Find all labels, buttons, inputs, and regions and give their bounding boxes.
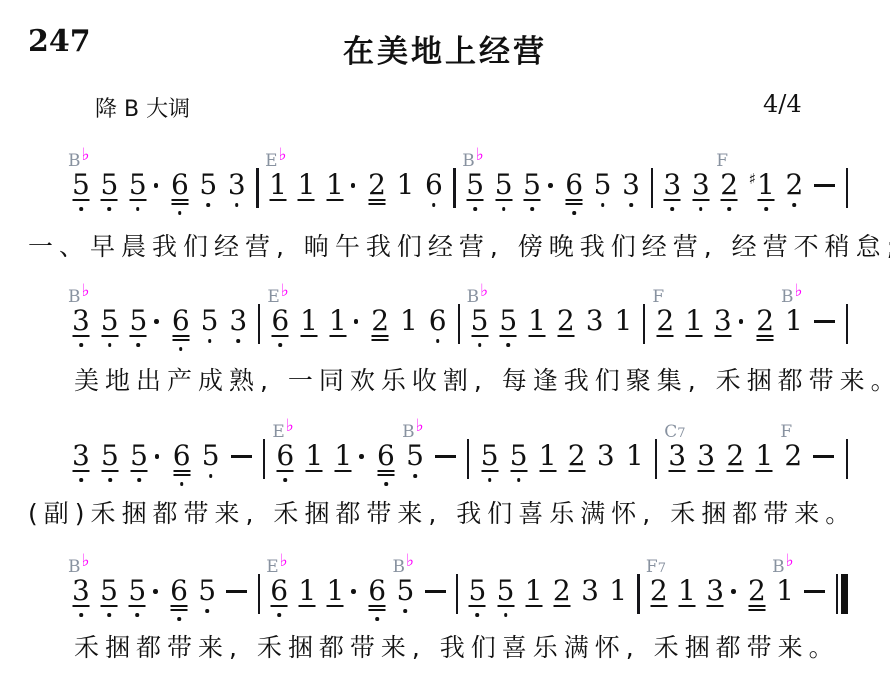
duration-underline xyxy=(130,335,147,337)
note-digit: 5 xyxy=(129,172,147,198)
note-5: B♭5 xyxy=(396,578,414,604)
time-signature: 4/4 xyxy=(763,90,802,118)
note-digit: 5 xyxy=(198,578,216,604)
note-digit: 3 xyxy=(668,443,686,469)
low-octave-dot xyxy=(476,613,480,617)
flat-icon: ♭ xyxy=(795,281,803,301)
note-digit-column: 1 xyxy=(528,308,546,334)
flat-icon: ♭ xyxy=(280,551,288,571)
note-digit: 6 xyxy=(377,443,395,469)
note-digit: 3 xyxy=(228,172,246,198)
note-digit-column: 1 xyxy=(685,308,703,334)
note-digit: 1 xyxy=(776,578,794,604)
hymn-sheet-page: 247 在美地上经营 降 B 大调 4/4 B♭555653E♭111216B♭… xyxy=(0,0,890,694)
note-digit-column: 1 xyxy=(326,172,344,198)
note-digit: 1 xyxy=(305,443,323,469)
duration-underline xyxy=(277,470,294,472)
note-digit-column: 6 xyxy=(270,578,288,604)
note-digit-column: 2 xyxy=(785,172,803,198)
chord-symbol: B♭ xyxy=(462,149,484,169)
note-5: 5 xyxy=(510,443,528,469)
note-6: E♭6 xyxy=(270,578,288,604)
note-digit-column: 2 xyxy=(756,308,774,334)
duration-underline xyxy=(72,199,89,201)
note-digit: 1 xyxy=(528,308,546,334)
note-digit: 6 xyxy=(368,578,386,604)
augmentation-dot xyxy=(548,183,553,188)
note-digit-column: 1 xyxy=(300,308,318,334)
flat-icon: ♭ xyxy=(786,551,794,571)
low-octave-dot xyxy=(517,478,521,482)
note-digit: 3 xyxy=(72,443,90,469)
note-digit: 3 xyxy=(622,172,640,198)
duration-underline xyxy=(481,470,498,472)
chord-symbol: B♭ xyxy=(68,285,90,305)
note-digit: 2 xyxy=(368,172,386,198)
note-digit: 3 xyxy=(663,172,681,198)
note-digit: 5 xyxy=(510,443,528,469)
duration-underline xyxy=(272,335,289,337)
note-digit-column: 5 xyxy=(100,172,118,198)
note-1: 1 xyxy=(539,443,557,469)
note-5: 5 xyxy=(130,308,161,334)
note-digit: 1 xyxy=(755,443,773,469)
note-5: 5 xyxy=(202,443,220,469)
note-digit: 5 xyxy=(406,443,424,469)
barline xyxy=(846,439,848,479)
note-5: 5 xyxy=(101,308,119,334)
music-line-3: 35565E♭6116B♭5551231C73321F2 xyxy=(72,443,848,473)
note-digit: 6 xyxy=(271,308,289,334)
low-octave-dot xyxy=(79,343,83,347)
note-5: B♭5 xyxy=(406,443,424,469)
note-6: E♭6 xyxy=(271,308,289,334)
note-digit-column: 5 xyxy=(406,443,424,469)
note-2: 2 xyxy=(756,308,774,334)
note-digit-column: 5 xyxy=(130,308,148,334)
duration-underline xyxy=(173,470,190,472)
chord-symbol: B♭ xyxy=(772,555,794,575)
note-3: 3 xyxy=(228,172,246,198)
low-octave-dot xyxy=(404,609,408,613)
note-digit: 1 xyxy=(678,578,696,604)
note-digit: 1 xyxy=(300,308,318,334)
note-1: 1 xyxy=(334,443,365,469)
note-digit: 1 xyxy=(685,308,703,334)
note-1: B♭1 xyxy=(785,308,803,334)
duration-dash xyxy=(425,590,446,593)
note-digit: 5 xyxy=(130,443,148,469)
duration-underline xyxy=(471,335,488,337)
note-3: 3 xyxy=(586,308,604,334)
note-digit-column: 5 xyxy=(100,578,118,604)
note-digit: 1 xyxy=(397,172,415,198)
note-digit: 1 xyxy=(326,172,344,198)
barline xyxy=(258,304,260,344)
note-digit-column: 1 xyxy=(298,578,316,604)
chord-symbol: B♭ xyxy=(68,555,90,575)
note-3: 3 xyxy=(229,308,247,334)
augmentation-dot xyxy=(351,183,356,188)
music-line-1: B♭555653E♭111216B♭55565333F2♯12 xyxy=(72,172,848,202)
note-digit-column: 6 xyxy=(276,443,294,469)
note-digit: 5 xyxy=(130,308,148,334)
note-5: 5 xyxy=(128,578,159,604)
low-octave-dot xyxy=(488,478,492,482)
note-digit-column: 1 xyxy=(269,172,287,198)
note-digit-column: 3 xyxy=(622,172,640,198)
note-2: 2 xyxy=(371,308,389,334)
note-digit: 2 xyxy=(371,308,389,334)
duration-underline xyxy=(557,335,574,337)
note-digit-column: 2 xyxy=(568,443,586,469)
augmentation-dot xyxy=(154,319,159,324)
chord-symbol: F xyxy=(652,285,664,305)
lyrics-line-1: 一、早晨我们经营, 晌午我们经营, 傍晚我们经营, 经营不稍怠; xyxy=(28,227,890,263)
note-digit: 6 xyxy=(171,172,189,198)
note-digit-column: 1 xyxy=(334,443,352,469)
note-digit-column: 3 xyxy=(581,578,599,604)
duration-underline xyxy=(173,474,190,476)
duration-dash xyxy=(231,455,252,458)
note-digit-column: 5 xyxy=(199,172,217,198)
note-digit: 1 xyxy=(609,578,627,604)
note-digit-column: 5 xyxy=(101,443,119,469)
note-digit-column: 5 xyxy=(396,578,414,604)
low-octave-dot xyxy=(432,203,436,207)
low-octave-dot xyxy=(177,617,181,621)
low-octave-dot xyxy=(764,207,768,211)
note-3: 3 xyxy=(597,443,615,469)
note-3: 3 xyxy=(714,308,745,334)
note-digit: 5 xyxy=(128,578,146,604)
note-digit-column: 1 xyxy=(298,172,316,198)
chord-symbol: B♭ xyxy=(392,555,414,575)
duration-dash xyxy=(804,590,825,593)
duration-underline xyxy=(101,605,118,607)
note-digit: 3 xyxy=(692,172,710,198)
low-octave-dot xyxy=(384,482,388,486)
sharp-icon: ♯ xyxy=(749,172,756,187)
note-digit: 1 xyxy=(329,308,347,334)
duration-underline xyxy=(368,203,385,205)
note-digit: 1 xyxy=(614,308,632,334)
note-digit: 2 xyxy=(650,578,668,604)
note-2: 2 xyxy=(368,172,386,198)
note-6: 6 xyxy=(425,172,443,198)
barline xyxy=(846,168,848,208)
duration-underline xyxy=(129,605,146,607)
note-digit-column: 5 xyxy=(594,172,612,198)
duration-underline xyxy=(270,199,287,201)
low-octave-dot xyxy=(277,613,281,617)
low-octave-dot xyxy=(507,343,511,347)
low-octave-dot xyxy=(504,613,508,617)
augmentation-dot xyxy=(351,589,356,594)
music-line-2: B♭355653E♭611216B♭551231F2132B♭1 xyxy=(72,308,848,338)
note-5: 5 xyxy=(523,172,554,198)
note-digit-column: 6 xyxy=(429,308,447,334)
duration-underline xyxy=(129,199,146,201)
note-5: B♭5 xyxy=(72,172,90,198)
duration-underline xyxy=(539,470,556,472)
note-digit-column: 3 xyxy=(697,443,715,469)
chord-symbol: E♭ xyxy=(266,555,287,575)
chord-symbol: E♭ xyxy=(272,420,293,440)
duration-underline xyxy=(727,470,744,472)
note-digit: 3 xyxy=(597,443,615,469)
note-digit-column: 3 xyxy=(72,578,90,604)
note-digit-column: 5 xyxy=(497,578,515,604)
note-digit-column: 1 xyxy=(755,443,773,469)
note-6: 6 xyxy=(377,443,395,469)
low-octave-dot xyxy=(793,203,797,207)
note-5: B♭5 xyxy=(466,172,484,198)
note-1: 1 xyxy=(327,578,358,604)
note-digit-column: 6 xyxy=(170,578,188,604)
note-digit-column: 5 xyxy=(130,443,148,469)
low-octave-dot xyxy=(478,343,482,347)
note-5: 5 xyxy=(495,172,513,198)
note-digit: 5 xyxy=(202,443,220,469)
duration-underline xyxy=(657,335,674,337)
note-digit: 5 xyxy=(100,172,118,198)
note-2: 2 xyxy=(553,578,571,604)
low-octave-dot xyxy=(237,339,241,343)
note-digit: 1 xyxy=(298,172,316,198)
note-1: 1 xyxy=(400,308,418,334)
note-digit: 5 xyxy=(72,172,90,198)
note-1: 1 xyxy=(305,443,323,469)
note-5: 5 xyxy=(100,172,118,198)
note-digit-column: 6 xyxy=(271,308,289,334)
note-digit: 5 xyxy=(497,578,515,604)
duration-underline xyxy=(469,605,486,607)
low-octave-dot xyxy=(375,617,379,621)
note-5: 5 xyxy=(130,443,161,469)
note-digit: 5 xyxy=(101,443,119,469)
low-octave-dot xyxy=(137,478,141,482)
note-digit: 1 xyxy=(539,443,557,469)
duration-underline xyxy=(372,339,389,341)
duration-underline xyxy=(467,199,484,201)
duration-dash xyxy=(814,320,835,323)
note-digit: 3 xyxy=(586,308,604,334)
note-5: B♭5 xyxy=(471,308,489,334)
note-digit: 1 xyxy=(269,172,287,198)
chord-symbol: B♭ xyxy=(467,285,489,305)
note-digit: 3 xyxy=(706,578,724,604)
barline xyxy=(256,168,258,208)
note-1: 1 xyxy=(528,308,546,334)
low-octave-dot xyxy=(135,613,139,617)
lyrics-line-4: 禾捆都带来, 禾捆都带来, 我们喜乐满怀, 禾捆都带来。 xyxy=(74,628,840,664)
chord-symbol: E♭ xyxy=(265,149,286,169)
note-digit: 5 xyxy=(468,578,486,604)
low-octave-dot xyxy=(699,207,703,211)
low-octave-dot xyxy=(108,343,112,347)
note-digit-column: 3 xyxy=(692,172,710,198)
final-barline-thin xyxy=(836,574,838,614)
duration-dash xyxy=(814,184,835,187)
note-digit-column: 1 xyxy=(525,578,543,604)
note-digit-column: 1 xyxy=(329,308,347,334)
duration-underline xyxy=(171,203,188,205)
duration-underline xyxy=(372,335,389,337)
duration-underline xyxy=(171,199,188,201)
note-1: E♭1 xyxy=(269,172,287,198)
note-digit-column: 6 xyxy=(172,308,190,334)
duration-underline xyxy=(529,335,546,337)
note-5: 5 xyxy=(100,578,118,604)
note-digit-column: 5 xyxy=(129,172,147,198)
note-digit-column: 1 xyxy=(609,578,627,604)
low-octave-dot xyxy=(413,474,417,478)
note-digit-column: 3 xyxy=(668,443,686,469)
duration-underline xyxy=(130,470,147,472)
note-digit: 5 xyxy=(495,172,513,198)
barline xyxy=(453,168,455,208)
note-1: 1 xyxy=(326,172,357,198)
duration-underline xyxy=(271,605,288,607)
note-digit-column: 3 xyxy=(72,443,90,469)
duration-underline xyxy=(692,199,709,201)
note-digit: 1 xyxy=(400,308,418,334)
note-digit-column: 3 xyxy=(228,172,246,198)
note-digit: 5 xyxy=(471,308,489,334)
note-digit-column: 3 xyxy=(229,308,247,334)
duration-underline xyxy=(368,199,385,201)
chord-symbol: F xyxy=(780,420,792,440)
note-digit: 1 xyxy=(626,443,644,469)
note-digit-column: 2 xyxy=(784,443,802,469)
duration-underline xyxy=(757,199,774,201)
duration-underline xyxy=(306,470,323,472)
note-2: 2 xyxy=(785,172,803,198)
note-digit-column: 2 xyxy=(748,578,766,604)
barline xyxy=(637,574,639,614)
note-digit: 2 xyxy=(720,172,738,198)
duration-underline xyxy=(721,199,738,201)
low-octave-dot xyxy=(572,211,576,215)
key-signature: 降 B 大调 xyxy=(95,92,190,123)
note-digit-column: 5 xyxy=(523,172,541,198)
low-octave-dot xyxy=(235,203,239,207)
note-3: C73 xyxy=(668,443,686,469)
duration-underline xyxy=(170,609,187,611)
note-2: 2 xyxy=(748,578,766,604)
note-2: F2 xyxy=(656,308,674,334)
note-6: 6 xyxy=(171,172,189,198)
note-6: 6 xyxy=(170,578,188,604)
flat-icon: ♭ xyxy=(406,551,414,571)
duration-underline xyxy=(101,470,118,472)
note-2: F2 xyxy=(784,443,802,469)
note-digit: 6 xyxy=(425,172,443,198)
duration-underline xyxy=(524,199,541,201)
duration-underline xyxy=(707,605,724,607)
duration-underline xyxy=(756,470,773,472)
duration-underline xyxy=(72,335,89,337)
barline xyxy=(456,574,458,614)
chord-symbol: F xyxy=(716,149,728,169)
duration-underline xyxy=(669,470,686,472)
chord-symbol: B♭ xyxy=(68,149,90,169)
note-5: 5 xyxy=(129,172,160,198)
note-digit-column: 5 xyxy=(471,308,489,334)
note-digit: 6 xyxy=(565,172,583,198)
low-octave-dot xyxy=(629,203,633,207)
augmentation-dot xyxy=(154,183,159,188)
note-digit-column: 5 xyxy=(128,578,146,604)
flat-icon: ♭ xyxy=(476,145,484,165)
duration-underline xyxy=(714,335,731,337)
note-digit: 3 xyxy=(714,308,732,334)
note-2: F2 xyxy=(720,172,738,198)
note-digit: 2 xyxy=(756,308,774,334)
note-digit-column: 6 xyxy=(377,443,395,469)
note-digit: 2 xyxy=(784,443,802,469)
note-digit: 5 xyxy=(523,172,541,198)
note-3: B♭3 xyxy=(72,308,90,334)
note-digit-column: 1 xyxy=(785,308,803,334)
note-3: 3 xyxy=(581,578,599,604)
lyrics-line-3: (副)禾捆都带来, 禾捆都带来, 我们喜乐满怀, 禾捆都带来。 xyxy=(28,494,856,530)
note-digit: 2 xyxy=(726,443,744,469)
note-digit: 6 xyxy=(429,308,447,334)
duration-underline xyxy=(748,605,765,607)
note-digit: 6 xyxy=(276,443,294,469)
note-digit-column: 5 xyxy=(481,443,499,469)
duration-underline xyxy=(566,203,583,205)
note-digit-column: 1 xyxy=(397,172,415,198)
duration-underline xyxy=(497,605,514,607)
page-title: 在美地上经营 xyxy=(0,26,890,71)
note-digit: 5 xyxy=(100,578,118,604)
augmentation-dot xyxy=(354,319,359,324)
augmentation-dot xyxy=(359,454,364,459)
note-3: 3 xyxy=(72,443,90,469)
duration-underline xyxy=(664,199,681,201)
low-octave-dot xyxy=(727,207,731,211)
note-digit-column: 1 xyxy=(776,578,794,604)
note-3: B♭3 xyxy=(72,578,90,604)
low-octave-dot xyxy=(205,609,209,613)
note-3: 3 xyxy=(622,172,640,198)
duration-underline xyxy=(757,339,774,341)
barline xyxy=(258,574,260,614)
augmentation-dot xyxy=(731,589,736,594)
note-digit-column: 6 xyxy=(173,443,191,469)
duration-underline xyxy=(678,605,695,607)
note-1: 1 xyxy=(614,308,632,334)
low-octave-dot xyxy=(436,339,440,343)
duration-underline xyxy=(495,199,512,201)
barline xyxy=(846,304,848,344)
note-digit-column: 5 xyxy=(201,308,219,334)
note-digit-column: 6 xyxy=(171,172,189,198)
barline xyxy=(263,439,265,479)
duration-underline xyxy=(377,474,394,476)
note-6: 6 xyxy=(368,578,386,604)
chord-symbol: E♭ xyxy=(267,285,288,305)
note-digit: 1 xyxy=(757,172,775,198)
barline xyxy=(458,304,460,344)
note-3: 3 xyxy=(692,172,710,198)
augmentation-dot xyxy=(739,319,744,324)
duration-underline xyxy=(568,470,585,472)
note-digit-column: 2 xyxy=(553,578,571,604)
